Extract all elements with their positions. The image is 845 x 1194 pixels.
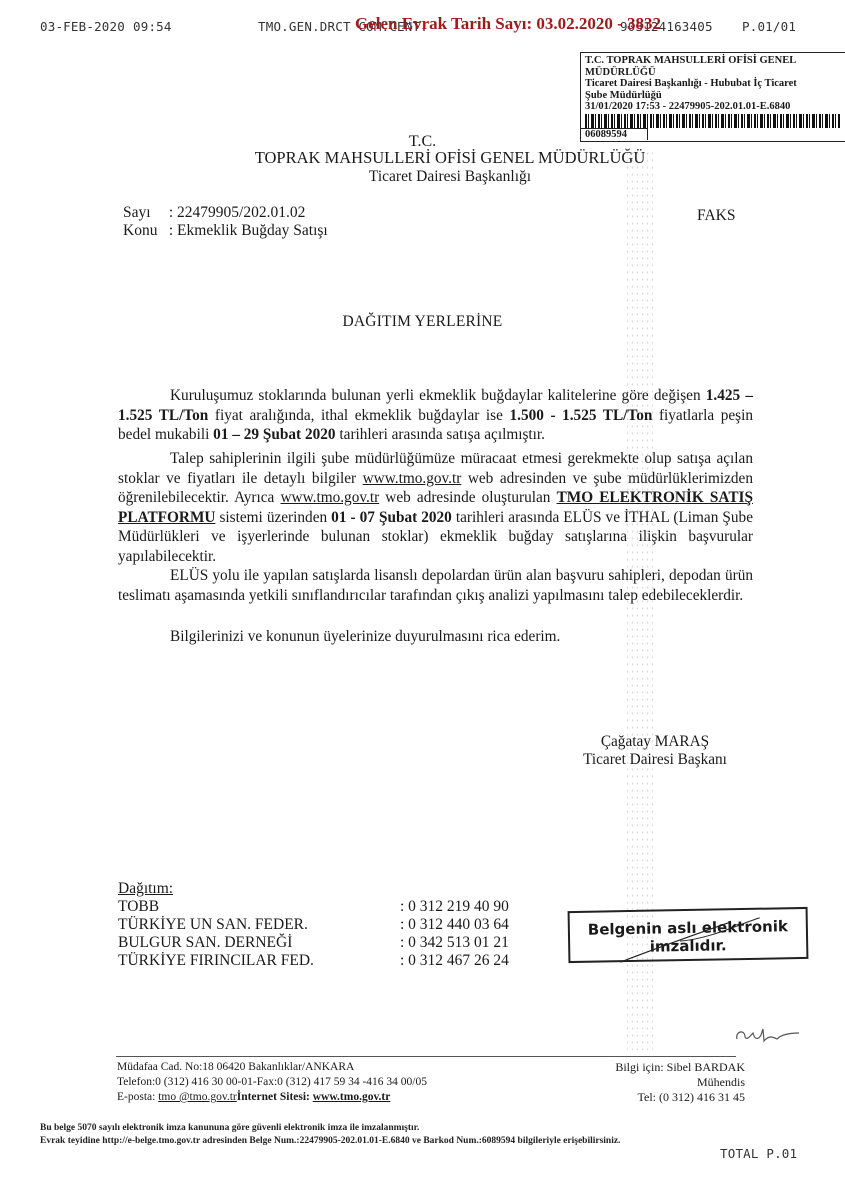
fax-time: 09:54 [133,19,172,34]
text: sistemi üzerinden [215,509,331,526]
barcode-label: T.C. TOPRAK MAHSULLERİ OFİSİ GENEL MÜDÜR… [580,52,845,142]
signature-block: Çağatay MARAŞ Ticaret Dairesi Başkanı [560,733,750,769]
email-link[interactable]: tmo @tmo.gov.tr [158,1091,237,1103]
incoming-document-stamp: Gelen Evrak Tarih Sayı: 03.02.2020 - 383… [355,14,661,34]
website-link[interactable]: www.tmo.gov.tr [280,489,379,506]
text: ELÜS yolu ile yapılan satışlarda lisansl… [118,566,753,605]
recipient-phone: : 0 342 513 01 21 [400,934,509,952]
letterhead-organization: TOPRAK MAHSULLERİ OFİSİ GENEL MÜDÜRLÜĞÜ [150,148,750,168]
footer-phone-fax: Telefon:0 (312) 416 30 00-01-Fax:0 (312)… [117,1075,427,1090]
barcode-line: Şube Müdürlüğü [585,90,841,102]
addressee: DAĞITIM YERLERİNE [0,313,845,331]
konu-row: Konu : Ekmeklik Buğday Satışı [123,222,328,240]
sayi-value: : 22479905/202.01.02 [169,204,306,221]
recipient-name: TOBB [118,898,159,915]
recipient-phone: : 0 312 440 03 64 [400,916,509,934]
footer-address-block: Müdafaa Cad. No:18 06420 Bakanlıklar/ANK… [117,1060,427,1105]
text: Bilgilerinizi ve konunun üyelerinize duy… [118,627,753,647]
pen-stroke-icon [570,909,811,965]
website-label: İnternet Sitesi: [237,1091,313,1103]
text: fiyat aralığında, ithal ekmeklik buğdayl… [208,407,509,424]
signatory-name: Çağatay MARAŞ [560,733,750,751]
distribution-list: Dağıtım: TOBB: 0 312 219 40 90 TÜRKİYE U… [118,880,314,970]
text: tarihleri arasında satışa açılmıştır. [336,426,545,443]
paragraph-2: Talep sahiplerinin ilgili şube müdürlüğü… [118,449,753,566]
sale-period: 01 – 29 Şubat 2020 [213,426,335,443]
handwritten-initials-icon [733,1025,803,1047]
contact-person: Bilgi için: Sibel BARDAK [560,1060,745,1075]
recipient-phone: : 0 312 219 40 90 [400,898,509,916]
recipient-phone: : 0 312 467 26 24 [400,952,509,970]
list-item: TÜRKİYE FIRINCILAR FED.: 0 312 467 26 24 [118,952,314,970]
barcode-line: MÜDÜRLÜĞÜ [585,67,841,79]
paragraph-1: Kuruluşumuz stoklarında bulunan yerli ek… [118,386,753,445]
text: Kuruluşumuz stoklarında bulunan yerli ek… [170,387,706,404]
contact-phone: Tel: (0 312) 416 31 45 [560,1090,745,1105]
distribution-title: Dağıtım: [118,880,314,898]
barcode-line: Ticaret Dairesi Başkanlığı - Hububat İç … [585,78,841,90]
contact-block: Bilgi için: Sibel BARDAK Mühendis Tel: (… [560,1060,745,1105]
contact-title: Mühendis [560,1075,745,1090]
sayi-row: Sayı : 22479905/202.01.02 [123,204,305,222]
barcode-line: T.C. TOPRAK MAHSULLERİ OFİSİ GENEL [585,55,841,67]
barcode-icon [585,114,840,128]
footer-divider [116,1056,736,1057]
sayi-label: Sayı [123,204,165,222]
document-type: FAKS [697,207,735,225]
konu-label: Konu [123,222,165,240]
list-item: TOBB: 0 312 219 40 90 [118,898,314,916]
recipient-name: TÜRKİYE UN SAN. FEDER. [118,916,308,933]
letterhead-department: Ticaret Dairesi Başkanlığı [150,168,750,186]
list-item: TÜRKİYE UN SAN. FEDER.: 0 312 440 03 64 [118,916,314,934]
import-price-range: 1.500 - 1.525 TL/Ton [509,407,652,424]
footer-address: Müdafaa Cad. No:18 06420 Bakanlıklar/ANK… [117,1060,427,1075]
verification-notice: Evrak teyidine http://e-belge.tmo.gov.tr… [40,1136,620,1146]
e-signature-stamp: Belgenin aslı elektronik imzalıdır. [568,907,809,963]
text: web adresinde oluşturulan [379,489,556,506]
fax-total-pages: TOTAL P.01 [720,1146,797,1161]
list-item: BULGUR SAN. DERNEĞİ: 0 342 513 01 21 [118,934,314,952]
paragraph-4: Bilgilerinizi ve konunun üyelerinize duy… [118,627,753,647]
website-link[interactable]: www.tmo.gov.tr [363,470,462,487]
recipient-name: BULGUR SAN. DERNEĞİ [118,934,292,951]
website-link[interactable]: www.tmo.gov.tr [313,1091,391,1103]
paragraph-3: ELÜS yolu ile yapılan satışlarda lisansl… [118,566,753,605]
email-label: E-posta: [117,1091,158,1103]
konu-value: : Ekmeklik Buğday Satışı [169,222,328,239]
barcode-line: 31/01/2020 17:53 - 22479905-202.01.01-E.… [585,101,841,113]
application-period: 01 - 07 Şubat 2020 [331,509,452,526]
signatory-title: Ticaret Dairesi Başkanı [560,751,750,769]
fax-page: P.01/01 [742,19,796,34]
fax-date: 03-FEB-2020 [40,19,125,34]
recipient-name: TÜRKİYE FIRINCILAR FED. [118,952,314,969]
legal-notice: Bu belge 5070 sayılı elektronik imza kan… [40,1123,419,1133]
